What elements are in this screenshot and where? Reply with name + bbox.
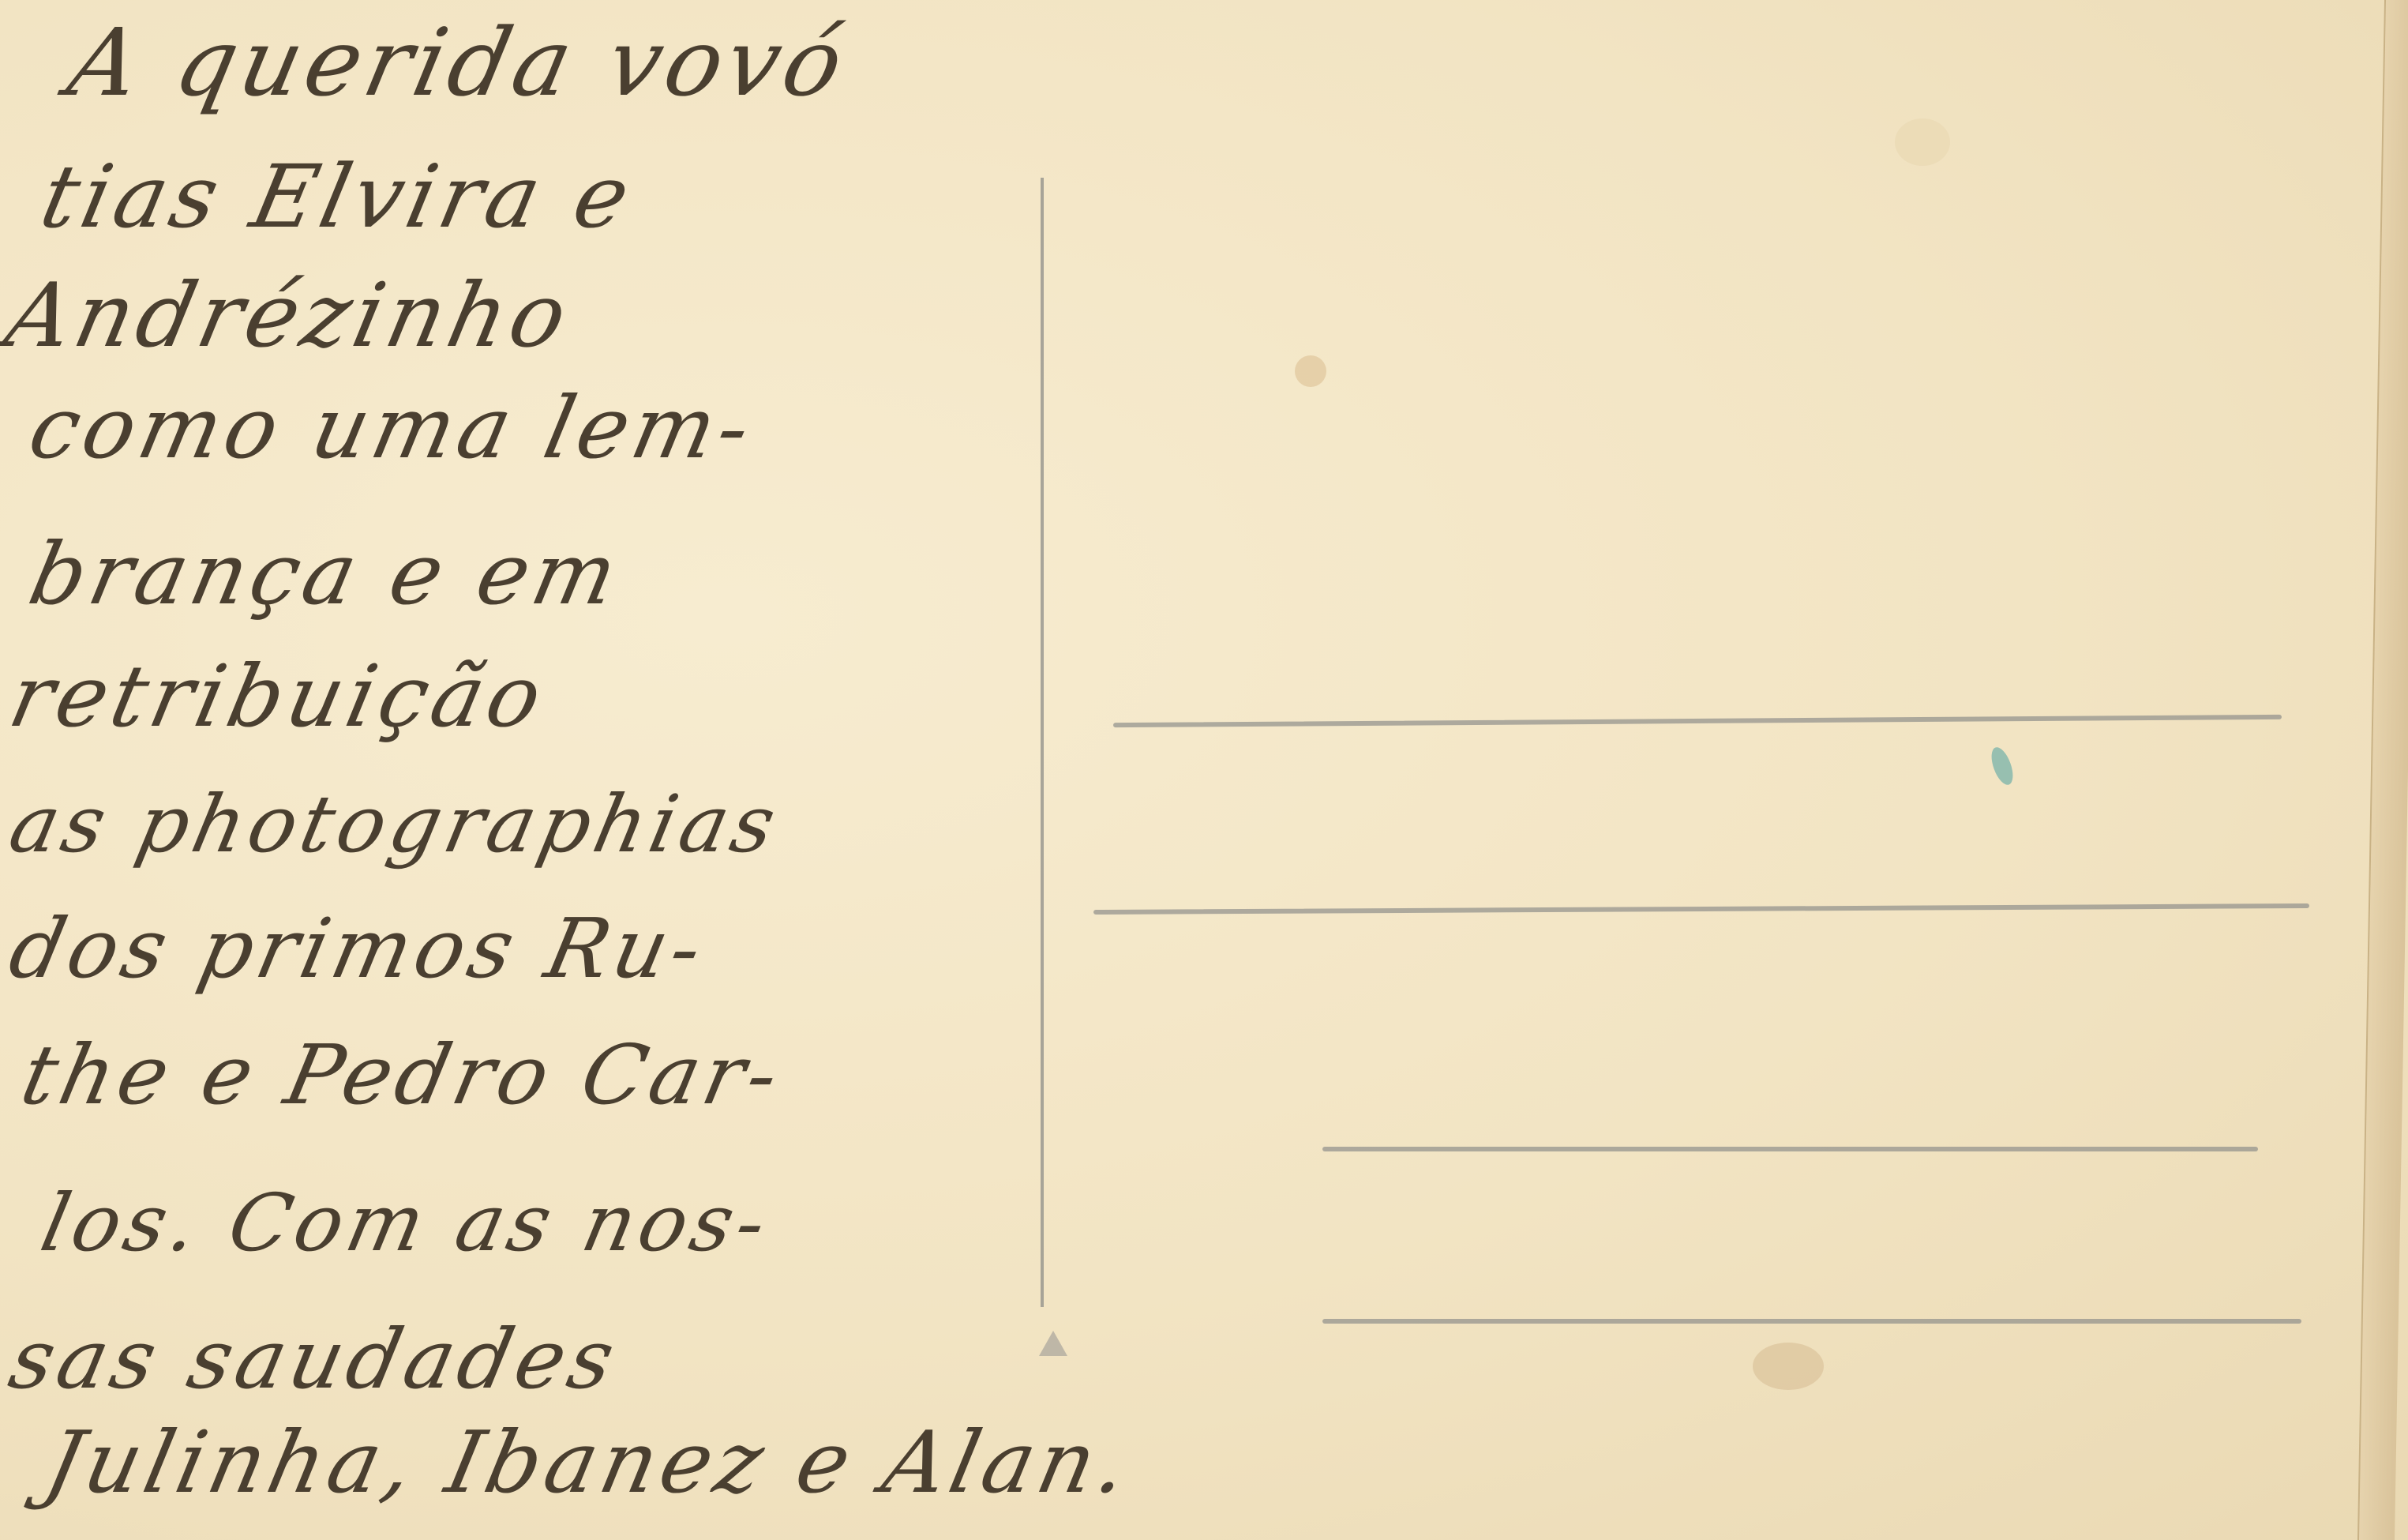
message-line: los. Com as nos- xyxy=(34,1177,779,1269)
message-line: tias Elvira e xyxy=(32,146,643,247)
message-line: dos primos Ru- xyxy=(2,900,715,997)
message-line: sas saudades xyxy=(2,1311,627,1407)
address-line xyxy=(1113,715,2282,727)
address-line xyxy=(1322,1147,2258,1151)
message-line: retribuição xyxy=(2,648,555,746)
triangle-mark xyxy=(1039,1331,1067,1356)
postcard-back: A querida vovó tias Elvira e Andrézinho … xyxy=(0,0,2408,1540)
message-line: the e Pedro Car- xyxy=(13,1027,791,1123)
center-divider xyxy=(1041,178,1044,1307)
ink-spot xyxy=(1987,745,2017,788)
adjacent-card-edge xyxy=(2357,0,2408,1540)
message-line: as photographias xyxy=(2,778,788,870)
paper-stain xyxy=(1895,118,1950,166)
address-line xyxy=(1322,1319,2301,1324)
message-line: A querida vovó xyxy=(59,8,857,117)
paper-stain xyxy=(1295,355,1326,387)
paper-stain xyxy=(1753,1343,1824,1390)
signature: Julinha, Ibanez e Alan. xyxy=(37,1414,1142,1512)
address-line xyxy=(1093,903,2309,915)
message-line: como uma lem- xyxy=(21,379,763,478)
message-line: Andrézinho xyxy=(0,265,580,367)
message-line: brança e em xyxy=(21,525,630,624)
